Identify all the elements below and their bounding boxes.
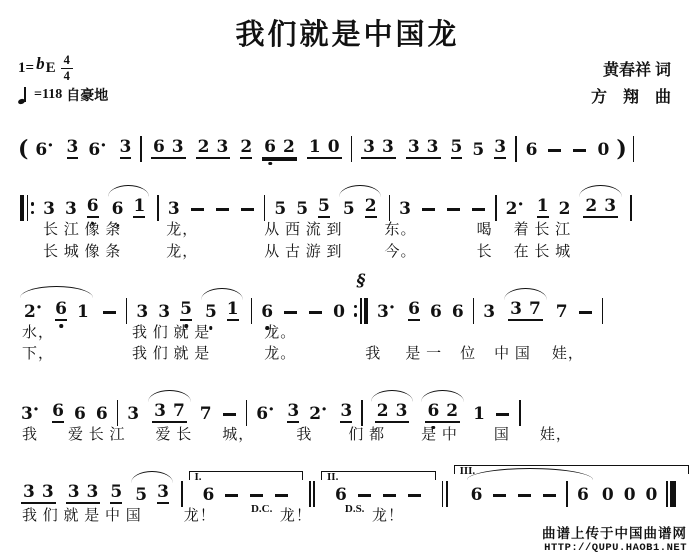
meter-denominator: 4 (61, 68, 73, 83)
augmentation-dot: · (268, 401, 274, 419)
note: 3 (483, 304, 495, 321)
note: 3 (287, 403, 299, 423)
note-digit: 0 (646, 487, 658, 504)
lyric: 我 (22, 426, 38, 445)
duration-dash (548, 149, 561, 152)
lyrics-line: 长 江 像 条龙，从 西 流 到东。喝着 长 江 (0, 221, 695, 240)
lyric: 水， (22, 324, 54, 343)
augmentation-dot: · (517, 196, 523, 214)
note-digit: 3 (427, 139, 439, 156)
duration-dash (250, 494, 263, 497)
barline-single (519, 400, 521, 426)
duration-dash (408, 494, 421, 497)
low-octave-dot (265, 326, 269, 330)
barline-stroke (495, 195, 497, 221)
note-digit: 6 (264, 139, 276, 156)
barline-rb (20, 195, 34, 221)
note: 6· (35, 137, 56, 159)
note: 6 (55, 301, 67, 321)
barline-dbl (442, 481, 448, 507)
note-digit: 6 (408, 301, 420, 321)
note-digit: 3 (136, 304, 148, 321)
note-digit: 6 (35, 142, 47, 159)
note-digit: 3 (21, 406, 33, 423)
note: 3 (494, 139, 506, 159)
note-digit: 5 (205, 304, 217, 321)
augmentation-dot: · (47, 137, 53, 155)
note-digit: 6 (153, 139, 165, 156)
note-digit: 5 (180, 301, 192, 321)
duration-dash (358, 494, 371, 497)
barline-stroke (140, 136, 142, 162)
duration-dash (493, 494, 506, 497)
note: 5 (274, 201, 286, 218)
segno-icon: § (357, 273, 366, 290)
note-digit: 1 (309, 139, 321, 156)
barline-stroke (313, 481, 315, 507)
barline-stroke (361, 400, 363, 426)
key-letter: E (46, 60, 56, 77)
note: 1 (133, 198, 145, 218)
barline-stroke (264, 195, 266, 221)
footer-watermark: 曲谱上传于中国曲谱网 HTTP://QUPU.HAOB1.NET (542, 522, 687, 554)
note-digit: 5 (296, 201, 308, 218)
lyric: 我 们 就 是 (132, 345, 210, 364)
slur: 61 (104, 198, 154, 218)
note: 0 (646, 487, 658, 504)
note: 3 (136, 304, 148, 321)
note-digit: 3 (604, 198, 616, 215)
barline-single (246, 400, 248, 426)
barline-stroke (519, 400, 521, 426)
barline-single (389, 195, 391, 221)
lyric: 长 (477, 243, 493, 262)
duration-dash (496, 413, 509, 416)
note-digit: 1 (133, 198, 145, 218)
lyric: 中 国 (494, 345, 531, 364)
repeat-mark: D.S. (345, 503, 365, 517)
music-system: (6·36·3632326210333355360) (0, 113, 695, 159)
note-digit: 2 (506, 201, 518, 218)
duration-dash (472, 208, 485, 211)
repeat-dot (31, 202, 35, 206)
barline-stroke (446, 481, 448, 507)
note-digit: 1 (77, 304, 89, 321)
note: 6 (335, 487, 347, 504)
duration-dash (241, 208, 254, 211)
barline-fin (666, 481, 676, 507)
note-digit: 3 (23, 484, 35, 501)
note-digit: 3 (67, 139, 79, 159)
barline-stroke (666, 481, 668, 507)
note: 2 (365, 198, 377, 218)
note-digit: 5 (472, 142, 484, 159)
lyric: 爱 长 江 (68, 426, 126, 445)
lyric: 喝 (477, 221, 493, 240)
augmentation-dot: · (33, 401, 39, 419)
ending-bracket: I.6 (189, 469, 304, 504)
lyric: 城， (222, 426, 254, 445)
parenthesis: ( (18, 138, 28, 160)
note: 5 (451, 139, 463, 159)
tempo-marking: =118 自豪地 (18, 85, 108, 105)
note: 3 (399, 201, 411, 218)
note: 5 (110, 484, 122, 504)
lyric: 爱 长 (156, 426, 193, 445)
barline-stroke (515, 136, 517, 162)
note-digit: 7 (529, 301, 541, 318)
barline-stroke (246, 400, 248, 426)
note-digit: 3 (68, 484, 80, 501)
slur: 23 (575, 198, 626, 218)
note: 0 (333, 304, 345, 321)
duration-dash (383, 494, 396, 497)
lyric: 国 (494, 426, 510, 445)
note-digit: 2 (24, 304, 36, 321)
lyric: 龙！ (280, 507, 312, 526)
lyric: 是 中 (421, 426, 458, 445)
note-digit: 3 (158, 304, 170, 321)
note-digit: 6 (256, 406, 268, 423)
barline-single (251, 298, 253, 324)
note: 3 (168, 201, 180, 218)
note-digit: 0 (624, 487, 636, 504)
lyric: 从 西 流 到 (264, 221, 342, 240)
beam-group: 37 (152, 403, 187, 423)
lyric: 长 城 像 条 (43, 243, 121, 262)
note-digit: 5 (318, 198, 330, 218)
key-signature: 1=bE 4 4 (18, 55, 108, 81)
barline-single (515, 136, 517, 162)
note-digit: 3 (287, 403, 299, 423)
note: 6 (96, 406, 108, 423)
note-digit: 6 (96, 406, 108, 423)
note-digit: 0 (328, 139, 340, 156)
augmentation-dot: · (36, 299, 42, 317)
barline-single (633, 136, 635, 162)
barline-single (351, 136, 353, 162)
barline-stroke (442, 481, 444, 507)
music-system: 3333553I.6II.6III.66000我 们 就 是 中 国龙！D.C.… (0, 458, 695, 526)
ending-label: II. (327, 472, 338, 483)
duration-dash (225, 494, 238, 497)
slur: 51 (197, 301, 247, 321)
note: 3· (377, 299, 398, 321)
lyrics-line: 水，我 们 就 是龙。 (0, 324, 695, 343)
note: 3 (158, 304, 170, 321)
note-digit: 6 (526, 142, 538, 159)
lyric: 我 们 就 是 (132, 324, 210, 343)
note-digit: 2 (585, 198, 597, 215)
note: 3 (340, 403, 352, 423)
barline-stroke (670, 481, 676, 507)
note-digit: 2 (283, 139, 295, 156)
note-digit: 3 (340, 403, 352, 423)
lyric: 长 江 像 条 (43, 221, 121, 240)
lyric: 龙。 (264, 324, 296, 343)
note-digit: 3 (483, 304, 495, 321)
beam-group: 37 (508, 301, 543, 321)
note: 5 (343, 201, 355, 218)
note: 0 (597, 142, 609, 159)
note-digit: 3 (216, 139, 228, 156)
note-digit: 2 (377, 403, 389, 420)
beam-group: 62 (425, 403, 460, 423)
tempo-value: =118 (34, 87, 62, 103)
barline-single (473, 298, 475, 324)
duration-dash (422, 208, 435, 211)
note: 7 (556, 304, 568, 321)
note-digit: 6 (471, 487, 483, 504)
note: 3 (67, 139, 79, 159)
barline-stroke (309, 481, 311, 507)
lyrics-line: 长 城 像 条龙，从 古 游 到今。长在 长 城 (0, 243, 695, 262)
augmentation-dot: · (389, 299, 395, 317)
low-octave-dot (432, 426, 436, 430)
song-title: 我们就是中国龙 (0, 12, 695, 53)
note-digit: 3 (377, 304, 389, 321)
credits-block: 黄春祥 词 方 翔 曲 (591, 57, 671, 107)
note-digit: 6 (430, 304, 442, 321)
notation-line: (6·36·3632326210333355360) (0, 113, 695, 159)
barline-single (126, 298, 128, 324)
repeat-dot (354, 313, 358, 317)
augmentation-dot: · (321, 401, 327, 419)
note-digit: 3 (87, 484, 99, 501)
lyric: 在 长 城 (514, 243, 572, 262)
note: 1 (537, 198, 549, 218)
barline-stroke (181, 481, 183, 507)
parenthesis: ) (616, 138, 626, 160)
note-digit: 6 (261, 304, 273, 321)
quarter-note-icon (18, 86, 30, 104)
key-tempo-block: 1=bE 4 4 =118 自豪地 (18, 55, 108, 105)
note: 3 (157, 484, 169, 504)
repeat-dots (354, 298, 358, 324)
note: 2· (24, 299, 45, 321)
repeat-dots (31, 195, 35, 221)
note-digit: 6 (577, 487, 589, 504)
ending-bracket: II.6 (321, 469, 436, 504)
note-digit: 3 (43, 201, 55, 218)
note: 1 (227, 301, 239, 321)
barline-single (181, 481, 183, 507)
note-digit: 2 (446, 403, 458, 420)
low-octave-dot (268, 162, 272, 166)
note-digit: 5 (451, 139, 463, 159)
slur: 23 (367, 403, 418, 423)
note-digit: 6 (427, 403, 439, 420)
slur: 53 (127, 484, 177, 504)
sheet-music-page: 我们就是中国龙 1=bE 4 4 =118 自豪地 黄春祥 词 方 翔 曲 (6… (0, 0, 695, 558)
low-octave-dot (116, 224, 120, 228)
barline-stroke (633, 136, 635, 162)
barline-stroke (351, 136, 353, 162)
note-digit: 3 (168, 201, 180, 218)
note: 1 (77, 304, 89, 321)
duration-dash (223, 413, 236, 416)
note: 5 (472, 142, 484, 159)
duration-dash (216, 208, 229, 211)
lyric: 娃， (552, 345, 584, 364)
note-digit: 6 (335, 487, 347, 504)
lyric: 东。 (385, 221, 417, 240)
repeat-dot (354, 305, 358, 309)
barline-stroke (157, 195, 159, 221)
slur: 52 (335, 198, 385, 218)
note-digit: 5 (110, 484, 122, 504)
note-digit: 3 (382, 139, 394, 156)
note: 6 (471, 487, 483, 504)
lyric: 娃， (540, 426, 572, 445)
lyric: 着 长 江 (514, 221, 572, 240)
note-digit: 2 (198, 139, 210, 156)
note-digit: 3 (408, 139, 420, 156)
slur: 66 (463, 481, 597, 504)
duration-dash (103, 311, 116, 314)
repeat-dot (31, 211, 35, 215)
note: 5 (296, 201, 308, 218)
lyrics-line: 我爱 长 江爱 长城，我们 都是 中国娃， (0, 426, 695, 445)
duration-dash (579, 311, 592, 314)
barline-single (630, 195, 632, 221)
barline-dbl (309, 481, 315, 507)
barline-single (264, 195, 266, 221)
note-digit: 1 (227, 301, 239, 321)
note: 7 (200, 406, 212, 423)
barline-re: § (354, 298, 368, 324)
lyric: 位 (460, 345, 476, 364)
note: 5 (205, 304, 217, 321)
lyric: 今。 (385, 243, 417, 262)
note: 1 (473, 406, 485, 423)
note-digit: 5 (343, 201, 355, 218)
barline-stroke (251, 298, 253, 324)
time-signature: 4 4 (61, 53, 73, 83)
note-digit: 2 (240, 139, 252, 159)
slur: 37 (500, 301, 551, 321)
note: 5 (318, 198, 330, 218)
note-digit: 6 (203, 487, 215, 504)
note-digit: 3 (396, 403, 408, 420)
notation-line: 3366135555232·1223 (0, 172, 695, 218)
barline-single (117, 400, 119, 426)
barline-single (157, 195, 159, 221)
low-octave-dot (59, 324, 63, 328)
beam-group: 23 (196, 139, 231, 159)
note-digit: 6 (52, 403, 64, 423)
note: 0 (624, 487, 636, 504)
flat-icon: b (36, 54, 45, 74)
duration-dash (284, 311, 297, 314)
meter-numerator: 4 (61, 53, 73, 67)
music-system: 3366135555232·1223长 江 像 条龙，从 西 流 到东。喝着 长… (0, 172, 695, 262)
barline-stroke (473, 298, 475, 324)
barline-single (495, 195, 497, 221)
note: 5 (135, 487, 147, 504)
note-digit: 3 (494, 139, 506, 159)
slur: 62 (417, 403, 468, 423)
note: 6 (52, 403, 64, 423)
note-digit: 6 (74, 406, 86, 423)
lyric: 从 古 游 到 (264, 243, 342, 262)
lyric: 是 一 (405, 345, 442, 364)
beam-group: 63 (151, 139, 186, 159)
note: 6 (261, 304, 273, 321)
note: 3 (120, 139, 132, 159)
note-digit: 3 (510, 301, 522, 318)
note: 5 (180, 301, 192, 321)
duration-dash (191, 208, 204, 211)
duration-dash (309, 311, 322, 314)
lyric: 我 (365, 345, 381, 364)
note-digit: 1 (473, 406, 485, 423)
note: 6 (203, 487, 215, 504)
slur: 37 (144, 403, 195, 423)
duration-dash (518, 494, 531, 497)
note: 6 (87, 198, 99, 218)
notation-line: 3333553I.6II.6III.66000 (0, 458, 695, 504)
note: 6 (430, 304, 442, 321)
note-digit: 2 (309, 406, 321, 423)
note: 6 (112, 201, 124, 218)
lyric: 龙， (166, 243, 198, 262)
beam-group: 23 (583, 198, 618, 218)
note-digit: 7 (200, 406, 212, 423)
score-body: (6·36·3632326210333355360)3366135555232·… (0, 111, 695, 526)
notation-line: 3·66633776·32·323621 (0, 377, 695, 423)
note: 2 (240, 139, 252, 159)
beam-group: 33 (21, 484, 56, 504)
tempo-expression: 自豪地 (66, 85, 108, 105)
beam-group: 23 (375, 403, 410, 423)
note-digit: 2 (365, 198, 377, 218)
note-digit: 1 (537, 198, 549, 218)
barline-stroke (360, 298, 362, 324)
notation-line: 2·613355160§3·6663377 (0, 275, 695, 321)
beam-group: 10 (307, 139, 342, 159)
lyricist-credit: 黄春祥 词 (603, 57, 671, 80)
note: 6 (526, 142, 538, 159)
note: 6· (88, 137, 109, 159)
note: 2· (309, 401, 330, 423)
low-octave-dot (91, 222, 95, 226)
meta-row: 1=bE 4 4 =118 自豪地 黄春祥 词 方 翔 曲 (0, 55, 695, 111)
beam-group: 33 (406, 139, 441, 159)
footer-site-url: HTTP://QUPU.HAOB1.NET (542, 542, 687, 554)
ending-label: I. (195, 472, 202, 483)
footer-site-name: 曲谱上传于中国曲谱网 (542, 522, 687, 542)
note-digit: 6 (112, 201, 124, 218)
note-digit: 3 (363, 139, 375, 156)
note-digit: 3 (154, 403, 166, 420)
barline-stroke (602, 298, 604, 324)
note: 2· (506, 196, 527, 218)
lyric: 龙。 (264, 345, 296, 364)
lyric: 我 (296, 426, 312, 445)
slur: 2·61 (16, 299, 97, 321)
note-digit: 3 (42, 484, 54, 501)
barline-stroke (630, 195, 632, 221)
note-digit: 0 (597, 142, 609, 159)
note-digit: 6 (55, 301, 67, 321)
note-digit: 3 (172, 139, 184, 156)
barline-single (602, 298, 604, 324)
note-digit: 0 (333, 304, 345, 321)
duration-dash (573, 149, 586, 152)
note-digit: 6 (88, 142, 100, 159)
note-digit: 7 (556, 304, 568, 321)
